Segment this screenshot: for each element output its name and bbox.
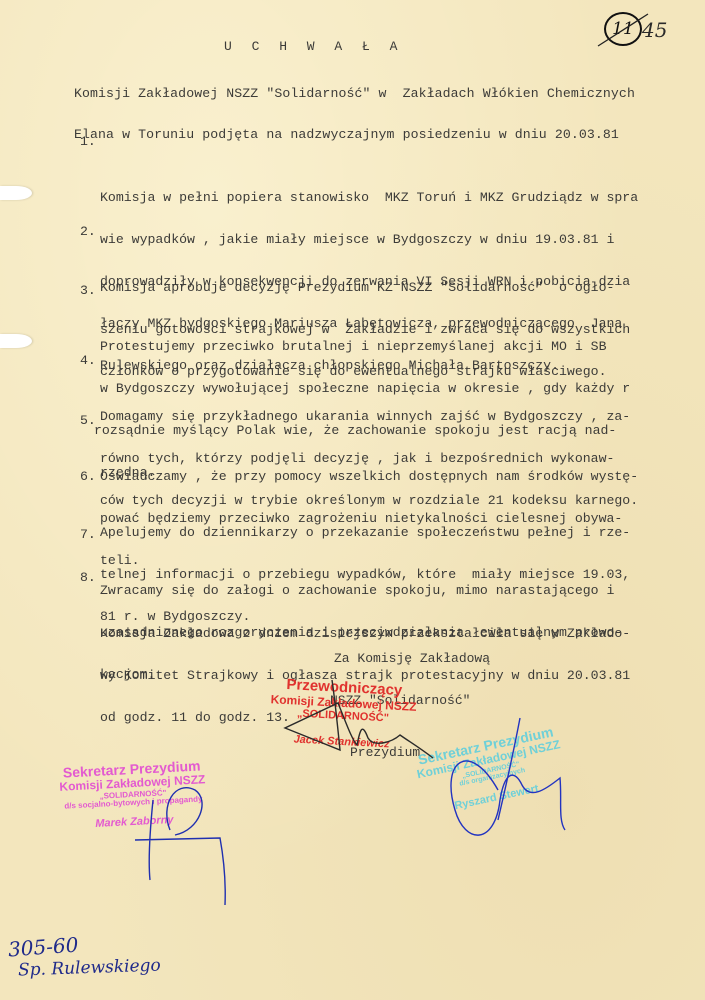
item-line: Komisja aprobuje decyzję Prezydium KZ NS… [100, 281, 630, 295]
item-number: 4. [80, 354, 96, 368]
resolution-item-8: 8. Komisja Zakładowa z dniem dzisiejszym… [80, 557, 112, 613]
resolution-item-4: 4. Domagamy się przykładnego ukarania wi… [80, 340, 112, 396]
subtitle-line: Elana w Toruniu podjęta na nadzwyczajnym… [74, 128, 635, 142]
resolution-item-2: 2. Komisja aprobuje decyzję Prezydium KZ… [80, 211, 112, 267]
item-number: 8. [80, 571, 96, 585]
item-line: Zwracamy się do załogi o zachowanie spok… [100, 584, 622, 598]
archive-name: Sp. Rulewskiego [18, 956, 161, 981]
item-line: Komisja w pełni popiera stanowisko MKZ T… [100, 191, 638, 205]
document-title: U C H W A Ł A [224, 40, 403, 54]
resolution-item-6: 6. Apelujemy do dziennikarzy o przekazan… [80, 456, 112, 512]
subtitle-line: Komisji Zakładowej NSZZ "Solidarność" w … [74, 87, 635, 101]
secretary-stamp-left: Sekretarz Prezydium Komisji Zakładowej N… [58, 758, 207, 832]
item-number: 6. [80, 470, 96, 484]
item-number: 1. [80, 135, 96, 149]
item-number: 3. [80, 284, 96, 298]
item-number: 7. [80, 528, 96, 542]
folio-circled-number: 11 [604, 12, 642, 46]
item-line: Apelujemy do dziennikarzy o przekazanie … [100, 526, 630, 540]
stamp-signatory-name: Marek Zaborny [61, 812, 207, 832]
resolution-item-3: 3. Protestujemy przeciwko brutalnej i ni… [80, 270, 112, 326]
archive-number: 305-60 [7, 933, 79, 962]
chairman-stamp: Przewodniczący Komisji Zakładowej NSZZ „… [268, 676, 417, 751]
resolution-item-5: 5. Oświadczamy , że przy pomocy wszelkic… [80, 400, 112, 456]
item-line: Oświadczamy , że przy pomocy wszelkich d… [100, 470, 638, 484]
item-line: wie wypadków , jakie miały miejsce w Byd… [100, 233, 638, 247]
document-page: 11 45 U C H W A Ł A Komisji Zakładowej N… [0, 0, 705, 1000]
punch-hole [0, 334, 32, 348]
resolution-item-1: 1. Komisja w pełni popiera stanowisko MK… [80, 121, 112, 177]
item-line: Protestujemy przeciwko brutalnej i niepr… [100, 340, 630, 354]
folio-old-number: 45 [642, 18, 667, 42]
signature-line-committee: Za Komisję Zakładową [334, 652, 490, 666]
item-line: Domagamy się przykładnego ukarania winny… [100, 410, 638, 424]
item-number: 5. [80, 414, 96, 428]
item-number: 2. [80, 225, 96, 239]
document-subtitle: Komisji Zakładowej NSZZ "Solidarność" w … [74, 60, 635, 168]
punch-hole [0, 186, 32, 200]
